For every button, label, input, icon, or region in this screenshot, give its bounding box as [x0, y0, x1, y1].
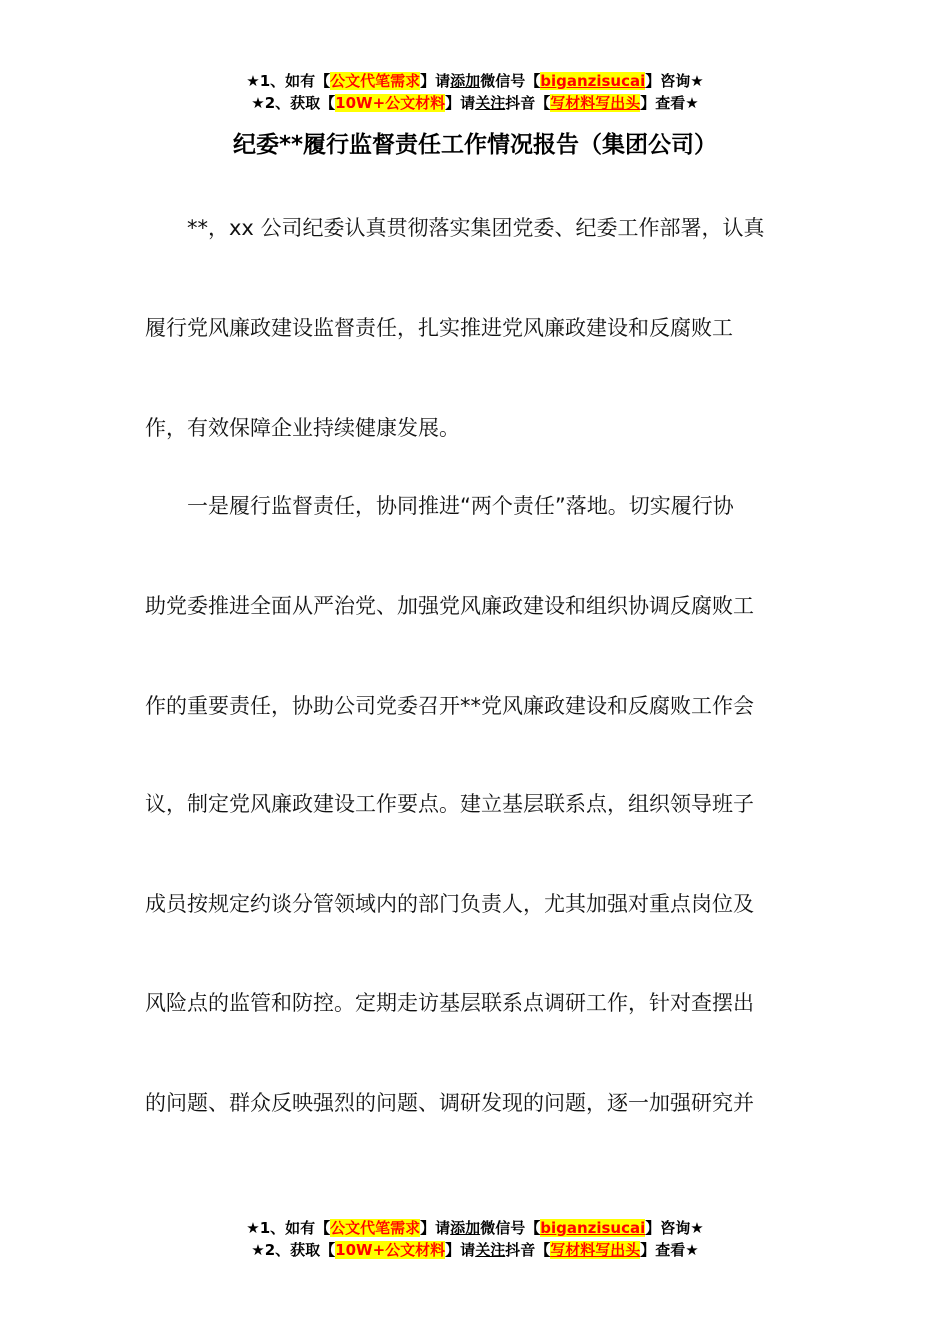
star-icon: ★	[246, 72, 259, 90]
paragraph-line: 履行党风廉政建设监督责任，扎实推进党风廉政建设和反腐败工	[145, 313, 733, 343]
star-icon: ★	[246, 1219, 259, 1237]
promo-banner-bottom: ★1、如有【公文代笔需求】请添加微信号【biganzisucai】咨询★ ★2、…	[0, 1217, 950, 1261]
paragraph-line: 作的重要责任，协助公司党委召开**党风廉政建设和反腐败工作会	[145, 691, 754, 721]
highlight-materials: 10W+公文材料	[335, 1241, 445, 1259]
document-title: 纪委**履行监督责任工作情况报告（集团公司）	[0, 128, 950, 162]
promo-line-2: ★2、获取【10W+公文材料】请关注抖音【写材料写出头】查看★	[0, 1239, 950, 1261]
highlight-service: 公文代笔需求	[330, 1219, 420, 1237]
paragraph-line: **，xx 公司纪委认真贯彻落实集团党委、纪委工作部署，认真	[187, 213, 765, 243]
highlight-materials: 10W+公文材料	[335, 94, 445, 112]
underlined-follow: 关注	[475, 94, 505, 112]
promo-banner-top: ★1、如有【公文代笔需求】请添加微信号【biganzisucai】咨询★ ★2、…	[0, 70, 950, 114]
star-icon: ★	[251, 94, 264, 112]
paragraph-line: 风险点的监管和防控。定期走访基层联系点调研工作，针对查摆出	[145, 988, 754, 1018]
paragraph-line: 一是履行监督责任，协同推进“两个责任”落地。切实履行协	[187, 491, 734, 521]
douyin-account: 写材料写出头	[550, 94, 640, 112]
paragraph-line: 助党委推进全面从严治党、加强党风廉政建设和组织协调反腐败工	[145, 591, 754, 621]
underlined-add: 添加	[450, 1219, 480, 1237]
wechat-id: biganzisucai	[540, 1219, 645, 1237]
wechat-id: biganzisucai	[540, 72, 645, 90]
star-icon: ★	[690, 72, 703, 90]
underlined-follow: 关注	[475, 1241, 505, 1259]
promo-line-2: ★2、获取【10W+公文材料】请关注抖音【写材料写出头】查看★	[0, 92, 950, 114]
star-icon: ★	[685, 94, 698, 112]
paragraph-line: 成员按规定约谈分管领域内的部门负责人，尤其加强对重点岗位及	[145, 889, 754, 919]
star-icon: ★	[685, 1241, 698, 1259]
promo-line-1: ★1、如有【公文代笔需求】请添加微信号【biganzisucai】咨询★	[0, 70, 950, 92]
underlined-add: 添加	[450, 72, 480, 90]
star-icon: ★	[690, 1219, 703, 1237]
paragraph-line: 作，有效保障企业持续健康发展。	[145, 413, 460, 443]
douyin-account: 写材料写出头	[550, 1241, 640, 1259]
paragraph-line: 的问题、群众反映强烈的问题、调研发现的问题，逐一加强研究并	[145, 1088, 754, 1118]
highlight-service: 公文代笔需求	[330, 72, 420, 90]
star-icon: ★	[251, 1241, 264, 1259]
promo-line-1: ★1、如有【公文代笔需求】请添加微信号【biganzisucai】咨询★	[0, 1217, 950, 1239]
paragraph-line: 议，制定党风廉政建设工作要点。建立基层联系点，组织领导班子	[145, 789, 754, 819]
